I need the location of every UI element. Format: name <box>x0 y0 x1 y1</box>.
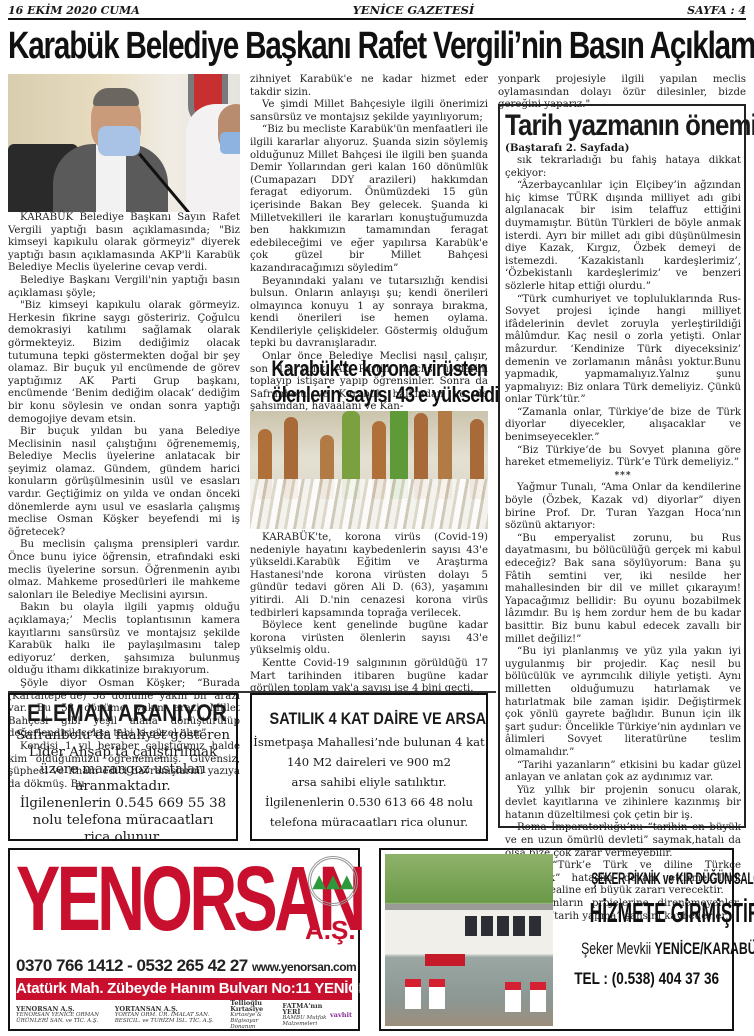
tree-icon: ▲▲▲ <box>308 856 358 906</box>
continued-from-note: (Baştarafı 2. Sayfada) <box>505 142 629 154</box>
venue-location: Şeker Mevkii YENİCE/KARABÜK <box>581 938 705 960</box>
partner-logo: vavhit <box>330 1012 352 1018</box>
partner-logo: YENORSAN A.Ş.YENORSAN YENİCE ORMAN ÜRÜNL… <box>16 1006 115 1024</box>
yenorsan-website: www.yenorsan.com <box>252 960 356 974</box>
partner-logo: YORTANSAN A.Ş.YORTAN ORM. ÜR. İMALAT SAN… <box>115 1006 231 1024</box>
for-sale-ad: SATILIK 4 KAT DAİRE VE ARSA İsmetpaşa Ma… <box>250 693 488 841</box>
wedding-venue-photo <box>385 854 553 1026</box>
for-sale-ad-title: SATILIK 4 KAT DAİRE VE ARSA <box>270 706 469 732</box>
covid-article-body: KARABÜK'te, korona virüs (Covid-19) nede… <box>250 532 488 696</box>
seker-picnic-ad: ŞEKER PİKNİK ve KIR DÜĞÜN SALONU HİZMETE… <box>379 848 734 1031</box>
page-number: SAYFA : 4 <box>687 4 746 17</box>
section-separator: *** <box>505 470 741 483</box>
yenorsan-contact: 0370 766 1412 - 0532 265 42 27 www.yenor… <box>16 956 356 976</box>
venue-phone: TEL : (0.538) 404 37 36 <box>574 968 712 990</box>
tarih-article-body: sık tekrarladığı bu fahiş hataya dikkat … <box>505 155 741 923</box>
yenorsan-address: Atatürk Mah. Zübeyde Hanım Bulvarı No:11… <box>16 978 352 1000</box>
job-ad-title: ELEMAN ARANIYOR <box>27 701 219 727</box>
partner-logos: YENORSAN A.Ş.YENORSAN YENİCE ORMAN ÜRÜNL… <box>16 1003 352 1027</box>
face-mask-icon <box>98 126 140 156</box>
company-suffix: A.Ş. <box>305 915 356 946</box>
cemetery-photo <box>250 411 488 529</box>
partner-logo: FATMA'nın YERİBAMBU Mutfak Malzemeleri <box>282 1003 330 1027</box>
tarih-headline: Tarih yazmanın önemi <box>505 110 741 142</box>
partner-logo: Tellioğlu KırtasiyeKırtasiye & Bilgisaya… <box>230 1000 282 1030</box>
issue-date: 16 EKİM 2020 CUMA <box>8 4 140 17</box>
opening-announcement: HİZMETE GİRMİŞTİR. <box>590 896 697 930</box>
venue-name: ŞEKER PİKNİK ve KIR DÜĞÜN SALONU <box>591 868 694 890</box>
yenorsan-ad: YENORSAN ▲▲▲ A.Ş. 0370 766 1412 - 0532 2… <box>8 848 360 1031</box>
masthead: 16 EKİM 2020 CUMA YENİCE GAZETESİ SAYFA … <box>8 2 746 20</box>
covid-headline: Karabük'te korona virüsten ölenlerin say… <box>250 356 488 408</box>
main-headline: Karabük Belediye Başkanı Rafet Vergili’n… <box>8 24 746 68</box>
paper-name: YENİCE GAZETESİ <box>353 3 475 17</box>
mayor-press-photo <box>8 74 240 212</box>
job-ad: ELEMAN ARANIYOR Safranbolu’da faaliyet g… <box>8 693 238 841</box>
